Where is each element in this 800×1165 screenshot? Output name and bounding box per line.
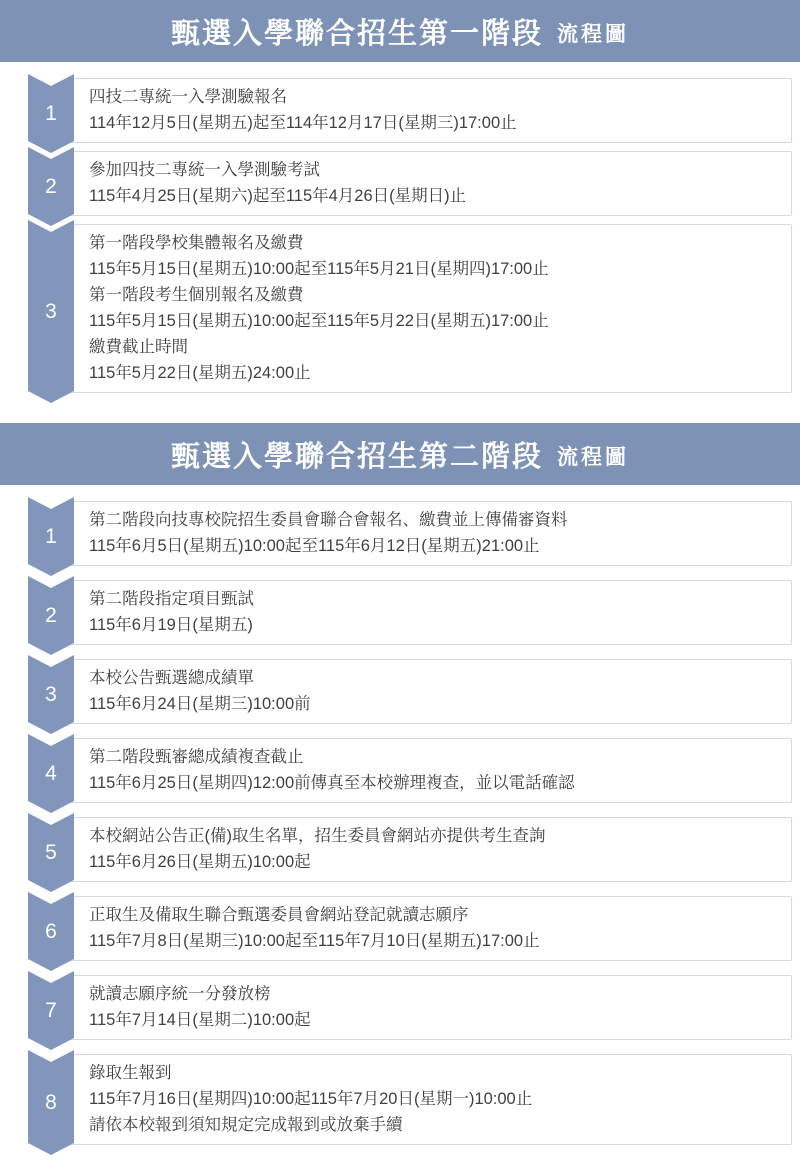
step-number: 1	[45, 525, 57, 549]
step-text-line: 第二階段向技專校院招生委員會聯合會報名、繳費並上傳備審資料	[89, 507, 777, 533]
step-number-chevron: 1	[28, 74, 74, 153]
step-number: 7	[45, 999, 57, 1023]
step-number-chevron: 7	[28, 971, 74, 1050]
step-number-chevron: 3	[28, 655, 74, 734]
step-text-line: 115年6月25日(星期四)12:00前傳真至本校辦理複查，並以電話確認	[89, 770, 777, 796]
step-text-line: 115年7月14日(星期二)10:00起	[89, 1007, 777, 1033]
step-number: 4	[45, 762, 57, 786]
step-text-line: 115年5月15日(星期五)10:00起至115年5月21日(星期四)17:00…	[89, 256, 777, 282]
step-text-line: 115年5月22日(星期五)24:00止	[89, 360, 777, 386]
step-number: 5	[45, 841, 57, 865]
step-number-chevron: 3	[28, 220, 74, 403]
step-row: 2 參加四技二專統一入學測驗考試115年4月25日(星期六)起至115年4月26…	[0, 151, 792, 216]
section-title-suffix: 流程圖	[557, 437, 629, 471]
step-number: 3	[45, 300, 57, 324]
step-text-line: 四技二專統一入學測驗報名	[89, 84, 777, 110]
step-row: 7 就讀志願序統一分發放榜115年7月14日(星期二)10:00起	[0, 975, 792, 1040]
step-number: 1	[45, 102, 57, 126]
step-row: 3 本校公告甄選總成績單115年6月24日(星期三)10:00前	[0, 659, 792, 724]
step-number-chevron: 8	[28, 1050, 74, 1155]
step-row: 1 第二階段向技專校院招生委員會聯合會報名、繳費並上傳備審資料115年6月5日(…	[0, 501, 792, 566]
step-content-box: 參加四技二專統一入學測驗考試115年4月25日(星期六)起至115年4月26日(…	[68, 151, 792, 216]
step-text-line: 請依本校報到須知規定完成報到或放棄手續	[89, 1112, 777, 1138]
step-row: 3 第一階段學校集體報名及繳費115年5月15日(星期五)10:00起至115年…	[0, 224, 792, 393]
section-title-suffix: 流程圖	[557, 14, 629, 48]
step-text-line: 115年6月19日(星期五)	[89, 612, 777, 638]
step-number-chevron: 4	[28, 734, 74, 813]
step-text-line: 繳費截止時間	[89, 334, 777, 360]
steps-list: 1 第二階段向技專校院招生委員會聯合會報名、繳費並上傳備審資料115年6月5日(…	[0, 485, 800, 1145]
step-number-chevron: 2	[28, 147, 74, 226]
step-text-line: 115年5月15日(星期五)10:00起至115年5月22日(星期五)17:00…	[89, 308, 777, 334]
section-header: 甄選入學聯合招生第一階段 流程圖	[0, 0, 800, 62]
step-text-line: 115年6月24日(星期三)10:00前	[89, 691, 777, 717]
step-row: 2 第二階段指定項目甄試115年6月19日(星期五)	[0, 580, 792, 645]
step-text-line: 本校網站公告正(備)取生名單，招生委員會網站亦提供考生查詢	[89, 823, 777, 849]
step-text-line: 本校公告甄選總成績單	[89, 665, 777, 691]
step-content-box: 就讀志願序統一分發放榜115年7月14日(星期二)10:00起	[68, 975, 792, 1040]
step-text-line: 114年12月5日(星期五)起至114年12月17日(星期三)17:00止	[89, 110, 777, 136]
step-number: 8	[45, 1091, 57, 1115]
step-number: 6	[45, 920, 57, 944]
step-content-box: 正取生及備取生聯合甄選委員會網站登記就讀志願序115年7月8日(星期三)10:0…	[68, 896, 792, 961]
step-number-chevron: 1	[28, 497, 74, 576]
step-text-line: 115年4月25日(星期六)起至115年4月26日(星期日)止	[89, 183, 777, 209]
step-number-chevron: 6	[28, 892, 74, 971]
step-row: 4 第二階段甄審總成績複查截止115年6月25日(星期四)12:00前傳真至本校…	[0, 738, 792, 803]
flow-section-2: 甄選入學聯合招生第二階段 流程圖 1 第二階段向技專校院招生委員會聯合會報名、繳…	[0, 423, 800, 1145]
step-text-line: 第一階段考生個別報名及繳費	[89, 282, 777, 308]
step-content-box: 第二階段指定項目甄試115年6月19日(星期五)	[68, 580, 792, 645]
step-text-line: 正取生及備取生聯合甄選委員會網站登記就讀志願序	[89, 902, 777, 928]
step-text-line: 115年7月16日(星期四)10:00起115年7月20日(星期一)10:00止	[89, 1086, 777, 1112]
step-text-line: 第二階段指定項目甄試	[89, 586, 777, 612]
step-content-box: 四技二專統一入學測驗報名114年12月5日(星期五)起至114年12月17日(星…	[68, 78, 792, 143]
step-text-line: 第一階段學校集體報名及繳費	[89, 230, 777, 256]
section-header: 甄選入學聯合招生第二階段 流程圖	[0, 423, 800, 485]
step-text-line: 115年7月8日(星期三)10:00起至115年7月10日(星期五)17:00止	[89, 928, 777, 954]
step-text-line: 參加四技二專統一入學測驗考試	[89, 157, 777, 183]
step-text-line: 就讀志願序統一分發放榜	[89, 981, 777, 1007]
step-text-line: 錄取生報到	[89, 1060, 777, 1086]
step-number-chevron: 5	[28, 813, 74, 892]
step-content-box: 第二階段甄審總成績複查截止115年6月25日(星期四)12:00前傳真至本校辦理…	[68, 738, 792, 803]
step-number: 2	[45, 604, 57, 628]
step-content-box: 第二階段向技專校院招生委員會聯合會報名、繳費並上傳備審資料115年6月5日(星期…	[68, 501, 792, 566]
step-row: 8 錄取生報到115年7月16日(星期四)10:00起115年7月20日(星期一…	[0, 1054, 792, 1145]
flow-section-1: 甄選入學聯合招生第一階段 流程圖 1 四技二專統一入學測驗報名114年12月5日…	[0, 0, 800, 393]
step-text-line: 115年6月5日(星期五)10:00起至115年6月12日(星期五)21:00止	[89, 533, 777, 559]
step-text-line: 115年6月26日(星期五)10:00起	[89, 849, 777, 875]
step-text-line: 第二階段甄審總成績複查截止	[89, 744, 777, 770]
section-title: 甄選入學聯合招生第一階段	[171, 11, 543, 52]
step-row: 1 四技二專統一入學測驗報名114年12月5日(星期五)起至114年12月17日…	[0, 78, 792, 143]
step-row: 5 本校網站公告正(備)取生名單，招生委員會網站亦提供考生查詢115年6月26日…	[0, 817, 792, 882]
admission-flowchart-page: 甄選入學聯合招生第一階段 流程圖 1 四技二專統一入學測驗報名114年12月5日…	[0, 0, 800, 1165]
step-row: 6 正取生及備取生聯合甄選委員會網站登記就讀志願序115年7月8日(星期三)10…	[0, 896, 792, 961]
step-number-chevron: 2	[28, 576, 74, 655]
step-content-box: 第一階段學校集體報名及繳費115年5月15日(星期五)10:00起至115年5月…	[68, 224, 792, 393]
step-number: 3	[45, 683, 57, 707]
step-content-box: 錄取生報到115年7月16日(星期四)10:00起115年7月20日(星期一)1…	[68, 1054, 792, 1145]
step-number: 2	[45, 175, 57, 199]
steps-list: 1 四技二專統一入學測驗報名114年12月5日(星期五)起至114年12月17日…	[0, 62, 800, 393]
step-content-box: 本校公告甄選總成績單115年6月24日(星期三)10:00前	[68, 659, 792, 724]
step-content-box: 本校網站公告正(備)取生名單，招生委員會網站亦提供考生查詢115年6月26日(星…	[68, 817, 792, 882]
section-title: 甄選入學聯合招生第二階段	[171, 434, 543, 475]
